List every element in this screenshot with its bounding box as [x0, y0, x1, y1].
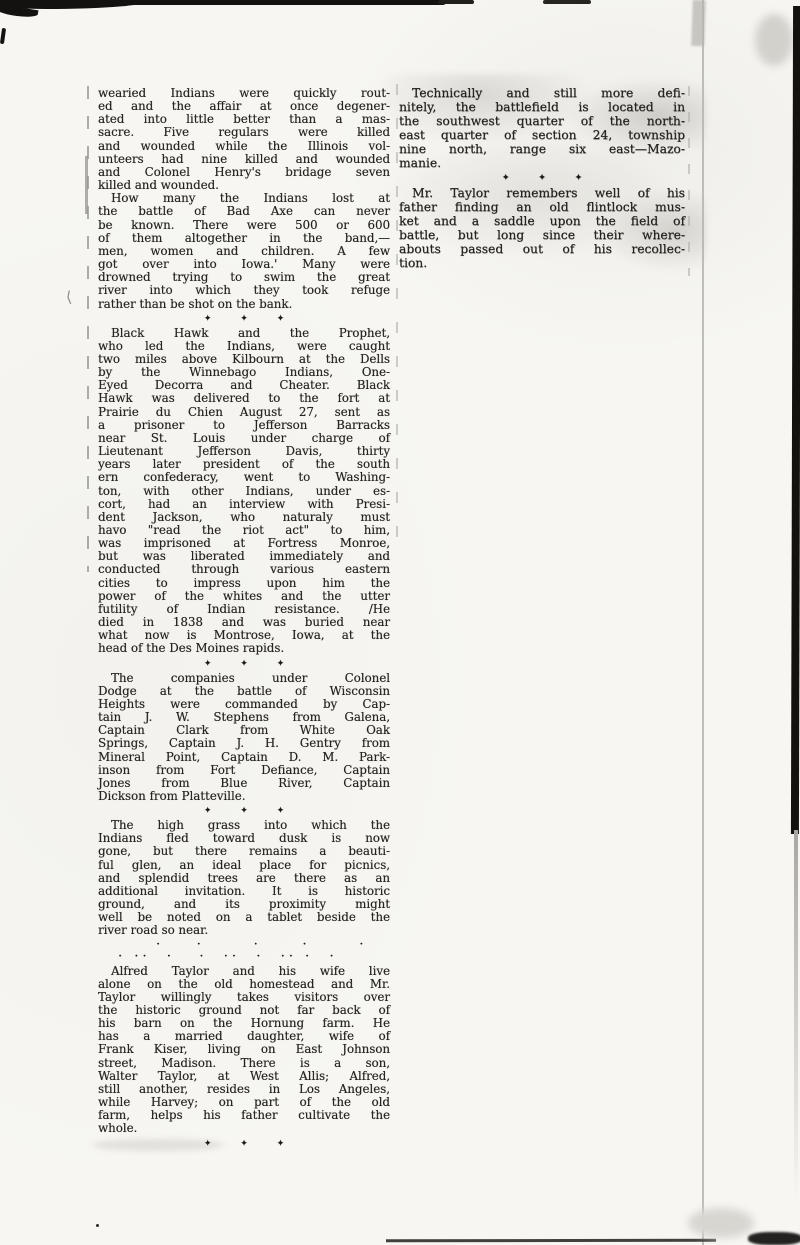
- text-line: river road so near.: [98, 924, 390, 937]
- column-rule-left-dashed: [87, 86, 89, 572]
- text-line: manie.: [399, 156, 685, 170]
- text-line: sacre. Five regulars were killed: [98, 126, 390, 139]
- scan-bottom-rule: [386, 1239, 716, 1242]
- text-line: nine north, range six east—Mazo-: [399, 142, 685, 156]
- text-line: river into which they took refuge: [98, 284, 390, 297]
- text-line: Springs, Captain J. H. Gentry from: [98, 737, 390, 750]
- scan-top-patch: [543, 0, 591, 4]
- text-line: Alfred Taylor and his wife live: [98, 965, 390, 978]
- article-column-right: Technically and still more defi-nitely, …: [399, 86, 685, 270]
- column-rule-left-segment: [85, 156, 88, 214]
- column-rule-right: [702, 0, 704, 1245]
- text-line: The companies under Colonel: [98, 672, 390, 685]
- text-line: conducted through various eastern: [98, 563, 390, 576]
- column-rule-middle-dashed: [396, 84, 398, 554]
- text-line: nitely, the battlefield is located in: [399, 100, 685, 114]
- paragraph: wearied Indians were quickly rout-ed and…: [98, 87, 390, 192]
- text-line: alone on the old homestead and Mr.: [98, 978, 390, 991]
- ink-speck: [96, 1224, 99, 1227]
- dots-row: · ·· · · ·· · ·· · ·: [98, 951, 390, 963]
- scan-top-patch: [438, 0, 474, 4]
- text-line: Black Hawk and the Prophet,: [98, 327, 390, 340]
- scan-right-edge-bar: [791, 6, 800, 834]
- paragraph: Black Hawk and the Prophet,who led the I…: [98, 327, 390, 656]
- section-separator-stars: ✦ ✦ ✦: [98, 657, 390, 671]
- margin-pencil-mark: ⟨: [65, 288, 73, 307]
- text-line: Frank Kiser, living on East Johnson: [98, 1043, 390, 1056]
- section-separator-stars: ✦ ✦ ✦: [399, 171, 685, 185]
- text-line: ern confederacy, went to Washing-: [98, 471, 390, 484]
- text-line: rather than be shot on the bank.: [98, 298, 390, 311]
- text-line: and wounded while the Illinois vol-: [98, 140, 390, 153]
- text-line: ton, with other Indians, under es-: [98, 485, 390, 498]
- text-line: Dodge at the battle of Wisconsin: [98, 685, 390, 698]
- scan-bottom-right-blob: [688, 1208, 754, 1238]
- text-line: Mineral Point, Captain D. M. Park-: [98, 751, 390, 764]
- text-line: head of the Des Moines rapids.: [98, 642, 390, 655]
- text-line: who led the Indians, were caught: [98, 340, 390, 353]
- text-line: father finding an old flintlock mus-: [399, 200, 685, 214]
- text-line: and splendid trees are there as an: [98, 872, 390, 885]
- text-line: the southwest quarter of the north-: [399, 114, 685, 128]
- text-line: cort, had an interview with Presi-: [98, 498, 390, 511]
- text-line: tion.: [399, 256, 685, 270]
- scan-right-edge-fade: [794, 830, 798, 1200]
- scan-bottom-right-smudge: [748, 1232, 800, 1245]
- text-line: be known. There were 500 or 600: [98, 219, 390, 232]
- text-line: battle, but long since their where-: [399, 228, 685, 242]
- article-column-left: wearied Indians were quickly rout-ed and…: [98, 87, 390, 1152]
- text-line: ful glen, an ideal place for picnics,: [98, 859, 390, 872]
- paragraph: Mr. Taylor remembers well of hisfather f…: [399, 186, 685, 270]
- scanned-newspaper-clipping: ⟨ wearied Indians were quickly rout-ed a…: [0, 0, 800, 1245]
- text-line: unteers had nine killed and wounded: [98, 153, 390, 166]
- section-separator-dots: · · · · ·· ·· · · ·· · ·· · ·: [98, 939, 390, 963]
- text-line: a prisoner to Jefferson Barracks: [98, 419, 390, 432]
- text-line: Dickson from Platteville.: [98, 790, 390, 803]
- text-line: gone, but there remains a beauti-: [98, 845, 390, 858]
- text-line: street, Madison. There is a son,: [98, 1057, 390, 1070]
- paragraph: Alfred Taylor and his wife livealone on …: [98, 965, 390, 1136]
- text-line: east quarter of section 24, township: [399, 128, 685, 142]
- text-line: Hawk was delivered to the fort at: [98, 392, 390, 405]
- paragraph: The high grass into which theIndians fle…: [98, 819, 390, 937]
- scan-left-edge-mark: [0, 28, 6, 44]
- text-line: Prairie du Chien August 27, sent as: [98, 406, 390, 419]
- scan-top-edge-strip: [0, 0, 446, 5]
- text-line: farm, helps his father cultivate the: [98, 1109, 390, 1122]
- section-separator-stars: ✦ ✦ ✦: [98, 312, 390, 326]
- text-line: cities to impress upon him the: [98, 577, 390, 590]
- section-separator-stars: ✦ ✦ ✦: [98, 1137, 390, 1151]
- paragraph: The companies under ColonelDodge at the …: [98, 672, 390, 804]
- column-rule-rightcol-dashed: [688, 86, 690, 276]
- text-line: Mr. Taylor remembers well of his: [399, 186, 685, 200]
- paragraph: How many the Indians lost atthe battle o…: [98, 192, 390, 310]
- scan-top-right-streak: [691, 0, 706, 46]
- text-line: the battle of Bad Axe can never: [98, 205, 390, 218]
- text-line: of them altogether in the band,—: [98, 232, 390, 245]
- text-line: Jones from Blue River, Captain: [98, 777, 390, 790]
- text-line: Walter Taylor, at West Allis; Alfred,: [98, 1070, 390, 1083]
- scan-top-edge-band: [0, 0, 152, 9]
- scan-top-edge-curl: [0, 4, 38, 19]
- text-line: power of the whites and the utter: [98, 590, 390, 603]
- text-line: whole.: [98, 1122, 390, 1135]
- text-line: Technically and still more defi-: [399, 86, 685, 100]
- scan-top-right-smudge: [755, 14, 793, 66]
- section-separator-stars: ✦ ✦ ✦: [98, 804, 390, 818]
- paragraph: Technically and still more defi-nitely, …: [399, 86, 685, 170]
- text-line: ket and a saddle upon the field of: [399, 214, 685, 228]
- text-line: abouts passed out of his recollec-: [399, 242, 685, 256]
- text-line: inson from Fort Defiance, Captain: [98, 764, 390, 777]
